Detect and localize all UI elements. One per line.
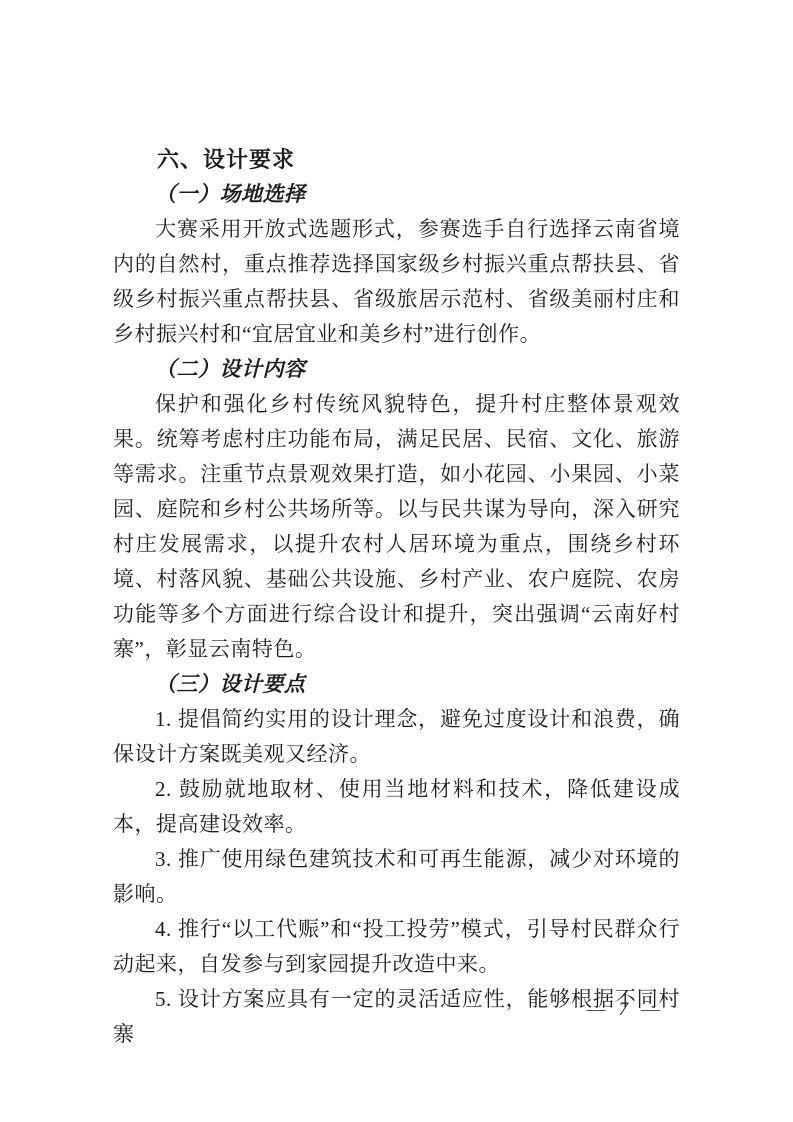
paragraph-design-point-4: 4. 推行“以工代赈”和“投工投劳”模式，引导村民群众行动起来，自发参与到家园提… xyxy=(113,912,680,982)
paragraph-design-point-3: 3. 推广使用绿色建筑技术和可再生能源，减少对环境的影响。 xyxy=(113,842,680,912)
page-number: —7— xyxy=(580,998,668,1022)
subsection-design-points: （三）设计要点 1. 提倡简约实用的设计理念，避免过度设计和浪费，确保设计方案既… xyxy=(113,667,680,1052)
paragraph-design-point-2: 2. 鼓励就地取材、使用当地材料和技术，降低建设成本，提高建设效率。 xyxy=(113,772,680,842)
subsection-heading-site-selection: （一）场地选择 xyxy=(113,177,680,212)
page-number-dash-left: — xyxy=(580,999,613,1020)
document-page: 六、设计要求 （一）场地选择 大赛采用开放式选题形式，参赛选手自行选择云南省境内… xyxy=(0,0,793,1122)
document-content: 六、设计要求 （一）场地选择 大赛采用开放式选题形式，参赛选手自行选择云南省境内… xyxy=(113,142,680,1052)
page-number-dash-right: — xyxy=(634,999,667,1020)
paragraph-design-content: 保护和强化乡村传统风貌特色，提升村庄整体景观效果。统筹考虑村庄功能布局，满足民居… xyxy=(113,387,680,667)
subsection-heading-design-points: （三）设计要点 xyxy=(113,667,680,702)
subsection-design-content: （二）设计内容 保护和强化乡村传统风貌特色，提升村庄整体景观效果。统筹考虑村庄功… xyxy=(113,352,680,667)
section-title: 六、设计要求 xyxy=(113,142,680,177)
paragraph-design-point-1: 1. 提倡简约实用的设计理念，避免过度设计和浪费，确保设计方案既美观又经济。 xyxy=(113,702,680,772)
subsection-heading-design-content: （二）设计内容 xyxy=(113,352,680,387)
paragraph-site-selection: 大赛采用开放式选题形式，参赛选手自行选择云南省境内的自然村，重点推荐选择国家级乡… xyxy=(113,212,680,352)
page-number-value: 7 xyxy=(613,999,635,1020)
subsection-site-selection: （一）场地选择 大赛采用开放式选题形式，参赛选手自行选择云南省境内的自然村，重点… xyxy=(113,177,680,352)
